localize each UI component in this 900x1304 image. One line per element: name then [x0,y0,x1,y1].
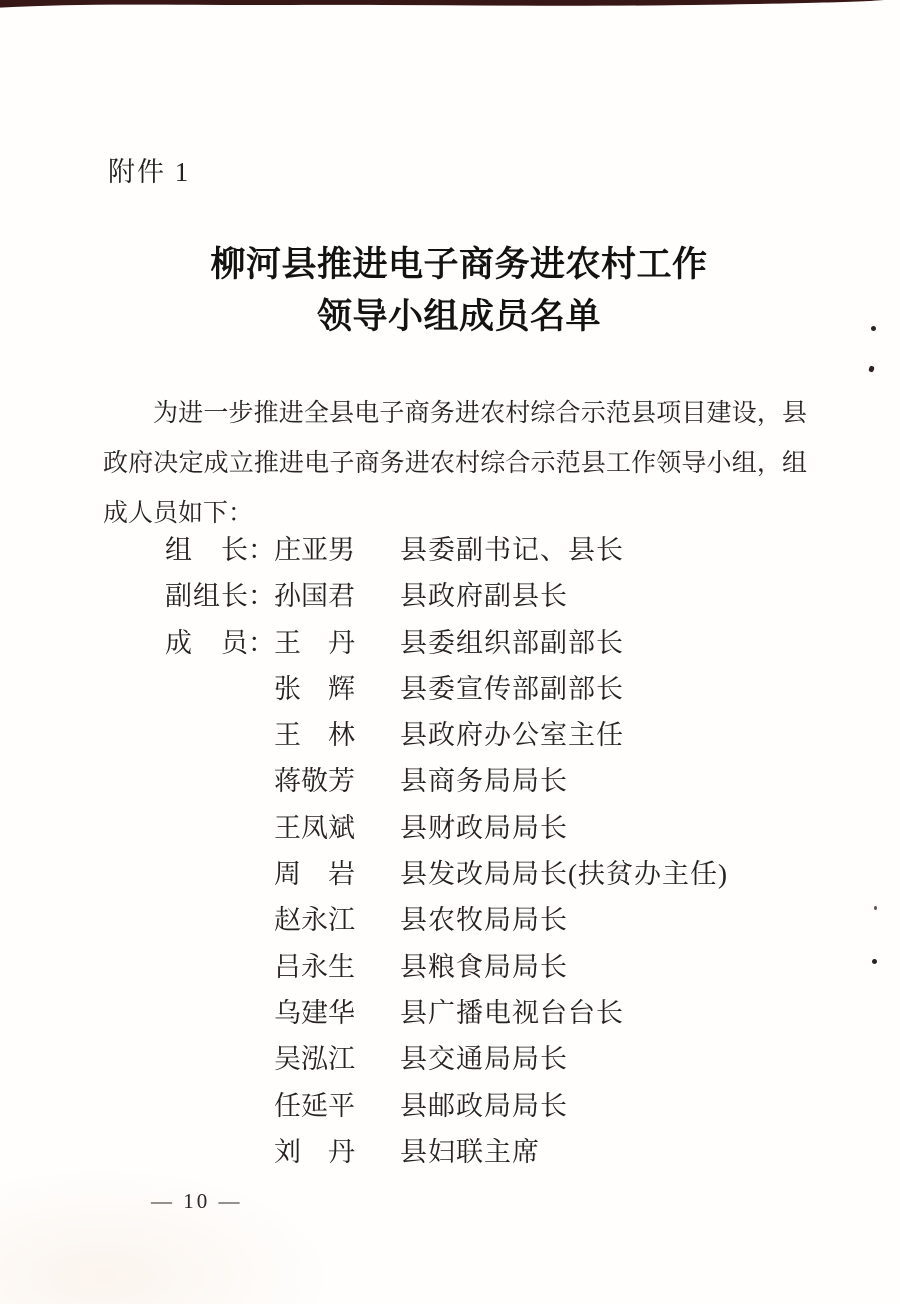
member-name: 庄亚男 [274,527,355,573]
document-title: 柳河县推进电子商务进农村工作 领导小组成员名单 [9,239,900,343]
scan-edge-artifact [0,0,900,12]
intro-paragraph: 为进一步推进全县电子商务进农村综合示范县项目建设，县 政府决定成立推进电子商务进… [103,389,807,539]
intro-paragraph-line1: 为进一步推进全县电子商务进农村综合示范县项目建设，县 [103,389,807,439]
member-name: 乌建华 [274,990,355,1036]
attachment-label: 附件 1 [108,155,190,189]
scan-speck [868,365,875,372]
member-name: 孙国君 [274,573,355,619]
scan-speck [874,906,877,910]
member-position: 县粮食局局长 [400,944,568,990]
scanned-document-page: 附件 1 柳河县推进电子商务进农村工作 领导小组成员名单 为进一步推进全县电子商… [0,0,900,1304]
member-position: 县发改局局长(扶贫办主任) [400,851,728,897]
member-position: 县财政局局长 [400,805,568,851]
member-list: 组长：庄亚男县委副书记、县长 副组长：孙国君县政府副县长 成员：王丹县委组织部副… [165,527,825,1175]
member-row: 赵永江县农牧局局长 [165,897,825,943]
member-row: 组长：庄亚男县委副书记、县长 [165,527,825,573]
member-position: 县政府办公室主任 [400,712,624,758]
member-name: 王丹 [274,620,355,666]
member-position: 县农牧局局长 [400,897,568,943]
member-position: 县商务局局长 [400,758,568,804]
scan-speck [872,959,877,964]
member-name: 周岩 [274,851,355,897]
member-position: 县政府副县长 [400,573,568,619]
member-row: 吕永生县粮食局局长 [165,944,825,990]
member-row: 吴泓江县交通局局长 [165,1036,825,1082]
member-row: 蒋敬芳县商务局局长 [165,758,825,804]
member-role-colon: ： [248,527,274,573]
member-role: 副组长 [165,573,248,619]
member-row: 乌建华县广播电视台台长 [165,990,825,1036]
document-title-line1: 柳河县推进电子商务进农村工作 [9,239,900,291]
member-name: 刘丹 [274,1129,355,1175]
member-row: 王凤斌县财政局局长 [165,805,825,851]
member-role-colon: ： [248,573,274,619]
member-name: 王凤斌 [274,805,355,851]
member-row: 周岩县发改局局长(扶贫办主任) [165,851,825,897]
member-position: 县妇联主席 [400,1129,540,1175]
member-position: 县广播电视台台长 [400,990,624,1036]
member-position: 县委组织部副部长 [400,620,624,666]
member-position: 县交通局局长 [400,1036,568,1082]
member-name: 任延平 [274,1083,355,1129]
member-row: 王林县政府办公室主任 [165,712,825,758]
intro-paragraph-line2: 政府决定成立推进电子商务进农村综合示范县工作领导小组，组 [103,439,807,489]
document-title-line2: 领导小组成员名单 [9,291,900,343]
member-row: 成员：王丹县委组织部副部长 [165,620,825,666]
member-role-colon: ： [248,620,274,666]
member-position: 县委宣传部副部长 [400,666,624,712]
member-row: 刘丹县妇联主席 [165,1129,825,1175]
member-name: 张辉 [274,666,355,712]
member-position: 县邮政局局长 [400,1083,568,1129]
member-row: 任延平县邮政局局长 [165,1083,825,1129]
member-name: 王林 [274,712,355,758]
member-name: 吕永生 [274,944,355,990]
member-role: 成员 [165,620,248,666]
member-name: 蒋敬芳 [274,758,355,804]
member-name: 吴泓江 [274,1036,355,1082]
scan-noise-artifact [0,1164,340,1304]
member-position: 县委副书记、县长 [400,527,624,573]
member-role: 组长 [165,527,248,573]
page-number: — 10 — [151,1186,243,1216]
member-row: 副组长：孙国君县政府副县长 [165,573,825,619]
member-row: 张辉县委宣传部副部长 [165,666,825,712]
member-name: 赵永江 [274,897,355,943]
